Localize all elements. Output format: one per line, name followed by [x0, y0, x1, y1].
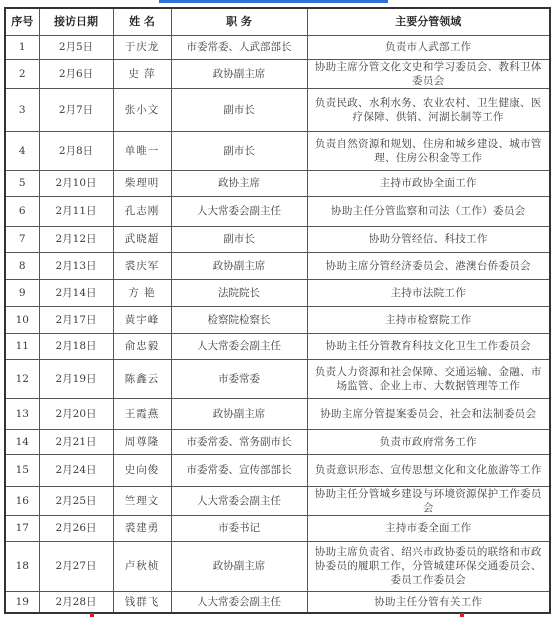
- cell-area: 协助主任分管监察和司法（工作）委员会: [307, 196, 550, 226]
- cell-no: 14: [5, 429, 39, 454]
- cell-name: 方 艳: [113, 279, 171, 306]
- cell-no: 15: [5, 454, 39, 486]
- cell-area: 协助分管经信、科技工作: [307, 226, 550, 252]
- cell-title: 政协副主席: [171, 59, 307, 88]
- cell-no: 9: [5, 279, 39, 306]
- cell-name: 裘庆军: [113, 252, 171, 279]
- table-row: 42月8日单唯一副市长负责自然资源和规划、住房和城乡建设、城市管理、住房公积金等…: [5, 131, 550, 170]
- cell-no: 16: [5, 486, 39, 515]
- cell-date: 2月5日: [39, 35, 113, 59]
- cell-no: 7: [5, 226, 39, 252]
- cell-title: 政协副主席: [171, 541, 307, 591]
- cell-title: 市委常委、宣传部部长: [171, 454, 307, 486]
- cell-name: 张小文: [113, 88, 171, 131]
- cell-area: 协助主席负责省、绍兴市政协委员的联络和市政协委员的履职工作，分管城建环保交通委员…: [307, 541, 550, 591]
- red-corner-mark-right: [460, 613, 464, 617]
- cell-date: 2月8日: [39, 131, 113, 170]
- cell-date: 2月17日: [39, 306, 113, 333]
- cell-date: 2月12日: [39, 226, 113, 252]
- cell-name: 陈鑫云: [113, 359, 171, 398]
- table-row: 82月13日裘庆军政协副主席协助主席分管经济委员会、港澳台侨委员会: [5, 252, 550, 279]
- cell-area: 负责市人武部工作: [307, 35, 550, 59]
- table-row: 142月21日周尊隆市委常委、常务副市长负责市政府常务工作: [5, 429, 550, 454]
- cell-name: 周尊隆: [113, 429, 171, 454]
- cell-date: 2月21日: [39, 429, 113, 454]
- table-row: 162月25日竺理文人大常委会副主任协助主任分管城乡建设与环境资源保护工作委员会: [5, 486, 550, 515]
- cell-name: 钱群飞: [113, 591, 171, 613]
- cell-title: 市委常委、常务副市长: [171, 429, 307, 454]
- top-highlight-bar: [159, 0, 388, 3]
- cell-date: 2月28日: [39, 591, 113, 613]
- cell-area: 负责民政、水利水务、农业农村、卫生健康、医疗保障、供销、河湖长制等工作: [307, 88, 550, 131]
- cell-name: 于庆龙: [113, 35, 171, 59]
- cell-date: 2月13日: [39, 252, 113, 279]
- cell-title: 市委书记: [171, 515, 307, 541]
- cell-area: 主持市检察院工作: [307, 306, 550, 333]
- table-row: 52月10日柴理明政协主席主持市政协全面工作: [5, 170, 550, 196]
- cell-no: 8: [5, 252, 39, 279]
- cell-area: 协助主席分管提案委员会、社会和法制委员会: [307, 398, 550, 429]
- header-area: 主要分管领域: [307, 8, 550, 35]
- cell-name: 单唯一: [113, 131, 171, 170]
- cell-date: 2月7日: [39, 88, 113, 131]
- cell-no: 2: [5, 59, 39, 88]
- cell-date: 2月25日: [39, 486, 113, 515]
- cell-date: 2月20日: [39, 398, 113, 429]
- cell-title: 人大常委会副主任: [171, 591, 307, 613]
- cell-no: 18: [5, 541, 39, 591]
- cell-name: 孔志刚: [113, 196, 171, 226]
- cell-area: 主持市法院工作: [307, 279, 550, 306]
- table-row: 112月18日俞忠毅人大常委会副主任协助主任分管教育科技文化卫生工作委员会: [5, 333, 550, 359]
- cell-date: 2月10日: [39, 170, 113, 196]
- cell-name: 史向俊: [113, 454, 171, 486]
- cell-title: 人大常委会副主任: [171, 333, 307, 359]
- cell-date: 2月18日: [39, 333, 113, 359]
- cell-name: 史 萍: [113, 59, 171, 88]
- cell-title: 政协副主席: [171, 398, 307, 429]
- cell-area: 协助主席分管文化文史和学习委员会、教科卫体委员会: [307, 59, 550, 88]
- cell-name: 卢秋桢: [113, 541, 171, 591]
- reception-schedule-table-container: 序号 接访日期 姓 名 职 务 主要分管领域 12月5日于庆龙市委常委、人武部部…: [4, 7, 549, 614]
- reception-schedule-table: 序号 接访日期 姓 名 职 务 主要分管领域 12月5日于庆龙市委常委、人武部部…: [4, 7, 551, 614]
- table-row: 192月28日钱群飞人大常委会副主任协助主任分管有关工作: [5, 591, 550, 613]
- cell-name: 柴理明: [113, 170, 171, 196]
- table-row: 132月20日王霞燕政协副主席协助主席分管提案委员会、社会和法制委员会: [5, 398, 550, 429]
- table-row: 72月12日武晓超副市长协助分管经信、科技工作: [5, 226, 550, 252]
- cell-no: 19: [5, 591, 39, 613]
- cell-title: 市委常委、人武部部长: [171, 35, 307, 59]
- cell-area: 协助主任分管教育科技文化卫生工作委员会: [307, 333, 550, 359]
- cell-area: 协助主任分管城乡建设与环境资源保护工作委员会: [307, 486, 550, 515]
- table-row: 172月26日裘建勇市委书记主持市委全面工作: [5, 515, 550, 541]
- red-corner-mark-left: [90, 613, 94, 617]
- cell-date: 2月6日: [39, 59, 113, 88]
- cell-name: 武晓超: [113, 226, 171, 252]
- cell-no: 10: [5, 306, 39, 333]
- table-header-row: 序号 接访日期 姓 名 职 务 主要分管领域: [5, 8, 550, 35]
- cell-no: 5: [5, 170, 39, 196]
- table-body: 12月5日于庆龙市委常委、人武部部长负责市人武部工作22月6日史 萍政协副主席协…: [5, 35, 550, 613]
- cell-title: 人大常委会副主任: [171, 196, 307, 226]
- table-row: 62月11日孔志刚人大常委会副主任协助主任分管监察和司法（工作）委员会: [5, 196, 550, 226]
- table-row: 32月7日张小文副市长负责民政、水利水务、农业农村、卫生健康、医疗保障、供销、河…: [5, 88, 550, 131]
- cell-title: 人大常委会副主任: [171, 486, 307, 515]
- header-name: 姓 名: [113, 8, 171, 35]
- cell-title: 市委常委: [171, 359, 307, 398]
- table-row: 12月5日于庆龙市委常委、人武部部长负责市人武部工作: [5, 35, 550, 59]
- cell-name: 黄宇峰: [113, 306, 171, 333]
- cell-area: 负责人力资源和社会保障、交通运输、金融、市场监管、企业上市、大数据管理等工作: [307, 359, 550, 398]
- cell-date: 2月27日: [39, 541, 113, 591]
- cell-date: 2月19日: [39, 359, 113, 398]
- cell-area: 负责自然资源和规划、住房和城乡建设、城市管理、住房公积金等工作: [307, 131, 550, 170]
- cell-name: 裘建勇: [113, 515, 171, 541]
- cell-name: 俞忠毅: [113, 333, 171, 359]
- cell-no: 12: [5, 359, 39, 398]
- cell-date: 2月14日: [39, 279, 113, 306]
- table-row: 22月6日史 萍政协副主席协助主席分管文化文史和学习委员会、教科卫体委员会: [5, 59, 550, 88]
- header-title: 职 务: [171, 8, 307, 35]
- cell-title: 政协副主席: [171, 252, 307, 279]
- cell-area: 协助主席分管经济委员会、港澳台侨委员会: [307, 252, 550, 279]
- cell-no: 1: [5, 35, 39, 59]
- table-row: 182月27日卢秋桢政协副主席协助主席负责省、绍兴市政协委员的联络和市政协委员的…: [5, 541, 550, 591]
- cell-area: 主持市委全面工作: [307, 515, 550, 541]
- cell-no: 3: [5, 88, 39, 131]
- cell-date: 2月24日: [39, 454, 113, 486]
- cell-area: 主持市政协全面工作: [307, 170, 550, 196]
- cell-area: 负责意识形态、宣传思想文化和文化旅游等工作: [307, 454, 550, 486]
- cell-title: 副市长: [171, 131, 307, 170]
- table-row: 92月14日方 艳法院院长主持市法院工作: [5, 279, 550, 306]
- cell-title: 法院院长: [171, 279, 307, 306]
- cell-no: 11: [5, 333, 39, 359]
- header-no: 序号: [5, 8, 39, 35]
- cell-name: 竺理文: [113, 486, 171, 515]
- cell-no: 13: [5, 398, 39, 429]
- cell-area: 协助主任分管有关工作: [307, 591, 550, 613]
- table-row: 122月19日陈鑫云市委常委负责人力资源和社会保障、交通运输、金融、市场监管、企…: [5, 359, 550, 398]
- cell-title: 检察院检察长: [171, 306, 307, 333]
- cell-no: 6: [5, 196, 39, 226]
- cell-no: 17: [5, 515, 39, 541]
- cell-name: 王霞燕: [113, 398, 171, 429]
- header-date: 接访日期: [39, 8, 113, 35]
- cell-no: 4: [5, 131, 39, 170]
- cell-title: 政协主席: [171, 170, 307, 196]
- cell-area: 负责市政府常务工作: [307, 429, 550, 454]
- cell-title: 副市长: [171, 226, 307, 252]
- table-row: 102月17日黄宇峰检察院检察长主持市检察院工作: [5, 306, 550, 333]
- cell-date: 2月11日: [39, 196, 113, 226]
- cell-title: 副市长: [171, 88, 307, 131]
- cell-date: 2月26日: [39, 515, 113, 541]
- table-row: 152月24日史向俊市委常委、宣传部部长负责意识形态、宣传思想文化和文化旅游等工…: [5, 454, 550, 486]
